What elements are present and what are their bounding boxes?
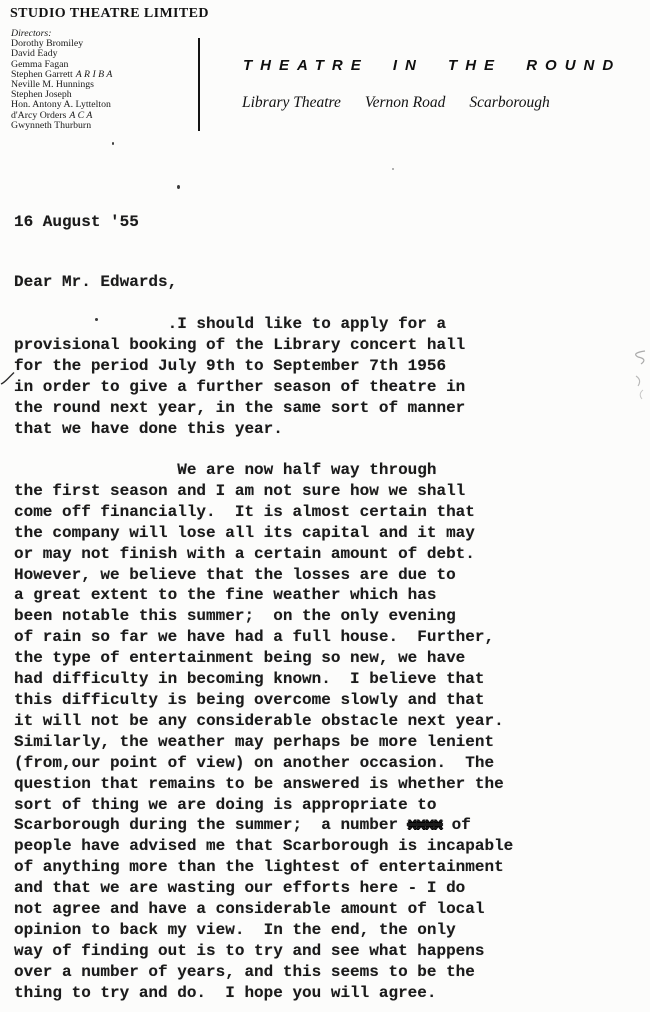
letterhead-divider-rule — [198, 38, 200, 131]
body-line: provisional booking of the Library conce… — [14, 335, 513, 356]
letter-page: STUDIO THEATRE LIMITED Directors: Doroth… — [0, 0, 650, 1012]
masthead-title: THEATRE IN THE ROUND — [243, 57, 621, 74]
body-line: question that remains to be answered is … — [14, 774, 513, 795]
body-line: and that we are wasting our efforts here… — [14, 878, 513, 899]
overstruck-word: xxxx — [408, 816, 442, 834]
body-line: of anything more than the lightest of en… — [14, 857, 513, 878]
body-line: sort of thing we are doing is appropriat… — [14, 795, 513, 816]
address-part: Scarborough — [469, 94, 549, 111]
directors-list: Dorothy BromileyDavid EadyGemma FaganSte… — [11, 39, 112, 131]
body-line: opinion to back my view. In the end, the… — [14, 920, 513, 941]
body-line: the type of entertainment being so new, … — [14, 648, 513, 669]
address-part: Library Theatre — [242, 94, 341, 111]
body-line: people have advised me that Scarborough … — [14, 836, 513, 857]
body-line: or may not finish with a certain amount … — [14, 544, 513, 565]
ink-speck — [392, 168, 394, 170]
body-line: that we have done this year. — [14, 419, 513, 440]
body-line: of rain so far we have had a full house.… — [14, 627, 513, 648]
body-line: come off financially. It is almost certa… — [14, 502, 513, 523]
director-name: Gwynneth Thurburn — [11, 121, 112, 131]
body-line: .I should like to apply for a — [14, 314, 513, 335]
address-line: Library TheatreVernon RoadScarborough — [242, 94, 550, 112]
body-line: Similarly, the weather may perhaps be mo… — [14, 732, 513, 753]
body-line: this difficulty is being overcome slowly… — [14, 690, 513, 711]
body-line: Scarborough during the summer; a number … — [14, 815, 513, 836]
body-line: the round next year, in the same sort of… — [14, 398, 513, 419]
ink-speck — [95, 318, 98, 321]
body-line: We are now half way through — [14, 460, 513, 481]
body-line: over a number of years, and this seems t… — [14, 962, 513, 983]
margin-check-mark — [0, 369, 16, 386]
body-line: had difficulty in becoming known. I beli… — [14, 669, 513, 690]
body-line: not agree and have a considerable amount… — [14, 899, 513, 920]
body-line: been notable this summer; on the only ev… — [14, 606, 513, 627]
salutation: Dear Mr. Edwards, — [14, 272, 177, 293]
body-line: a great extent to the fine weather which… — [14, 585, 513, 606]
directors-block: Directors: Dorothy BromileyDavid EadyGem… — [11, 29, 112, 131]
address-part: Vernon Road — [365, 94, 446, 111]
letter-date: 16 August '55 — [14, 212, 139, 233]
paragraph: .I should like to apply for aprovisional… — [14, 314, 513, 439]
scan-smudge — [614, 345, 650, 403]
body-line: it will not be any considerable obstacle… — [14, 711, 513, 732]
company-name: STUDIO THEATRE LIMITED — [10, 6, 209, 22]
paragraph: We are now half way throughthe first sea… — [14, 460, 513, 1004]
body-line: thing to try and do. I hope you will agr… — [14, 983, 513, 1004]
letter-body: .I should like to apply for aprovisional… — [14, 314, 513, 1004]
body-line: for the period July 9th to September 7th… — [14, 356, 513, 377]
body-line: way of finding out is to try and see wha… — [14, 941, 513, 962]
body-line: the company will lose all its capital an… — [14, 523, 513, 544]
ink-speck — [177, 185, 180, 189]
body-line: the first season and I am not sure how w… — [14, 481, 513, 502]
body-line: in order to give a further season of the… — [14, 377, 513, 398]
ink-speck — [112, 142, 114, 145]
body-line: However, we believe that the losses are … — [14, 565, 513, 586]
body-line: (from,our point of view) on another occa… — [14, 753, 513, 774]
